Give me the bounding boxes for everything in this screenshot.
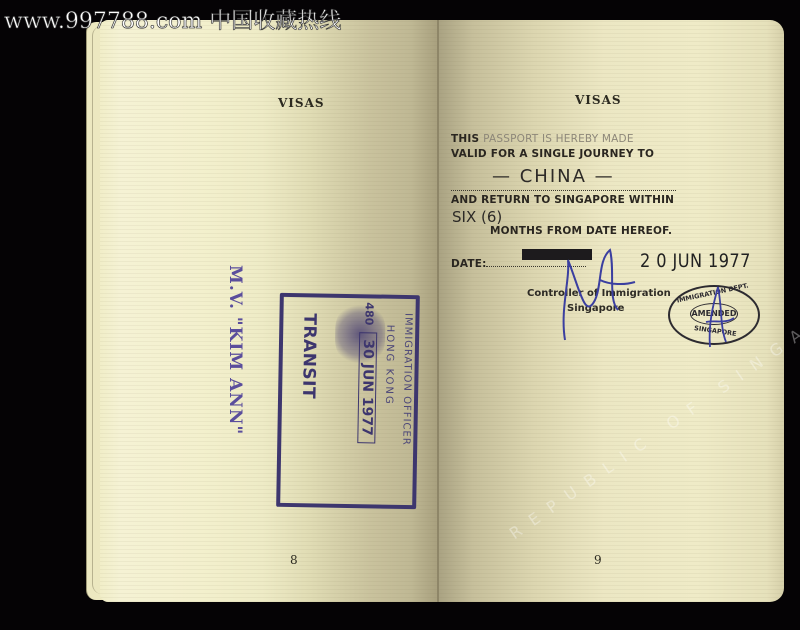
page-number-left: 8 xyxy=(290,553,298,567)
hk-stamp-date: 30 JUN 1977 xyxy=(357,332,377,443)
hk-stamp-officer-number: 480 xyxy=(362,302,375,325)
visa-text-line-1: THIS PASSPORT IS HEREBY MADE xyxy=(451,133,634,145)
visa-text-faded: PASSPORT IS HEREBY MADE xyxy=(483,133,634,145)
page-heading-left: VISAS xyxy=(278,96,325,110)
handwritten-duration: SIX (6) xyxy=(452,208,502,226)
page-number-right: 9 xyxy=(594,553,602,567)
handwritten-destination: — CHINA — xyxy=(492,166,615,187)
visa-text-this: THIS xyxy=(451,133,479,145)
hk-stamp-officer: IMMIGRATION OFFICER xyxy=(400,313,413,446)
visa-text-line-2: VALID FOR A SINGLE JOURNEY TO xyxy=(451,148,654,160)
date-label: DATE: xyxy=(451,258,487,270)
visa-text-line-4: MONTHS FROM DATE HEREOF. xyxy=(490,225,672,237)
ship-name-stamp: M.V. "KIM ANN" xyxy=(225,265,245,435)
hk-stamp-location: HONG KONG xyxy=(383,325,395,406)
book-spine xyxy=(437,20,439,602)
date-stamp: 2 0 JUN 1977 xyxy=(640,250,751,272)
visa-text-line-3: AND RETURN TO SINGAPORE WITHIN xyxy=(451,194,674,206)
initials-scribble xyxy=(700,282,740,352)
site-watermark: www.997788.com 中国收藏热线 xyxy=(4,4,341,35)
hk-stamp-type: TRANSIT xyxy=(298,313,319,399)
dotted-line xyxy=(451,190,676,191)
signature-scribble xyxy=(540,240,640,345)
hong-kong-transit-stamp: IMMIGRATION OFFICER HONG KONG 480 30 JUN… xyxy=(276,293,420,509)
page-heading-right: VISAS xyxy=(575,93,622,107)
